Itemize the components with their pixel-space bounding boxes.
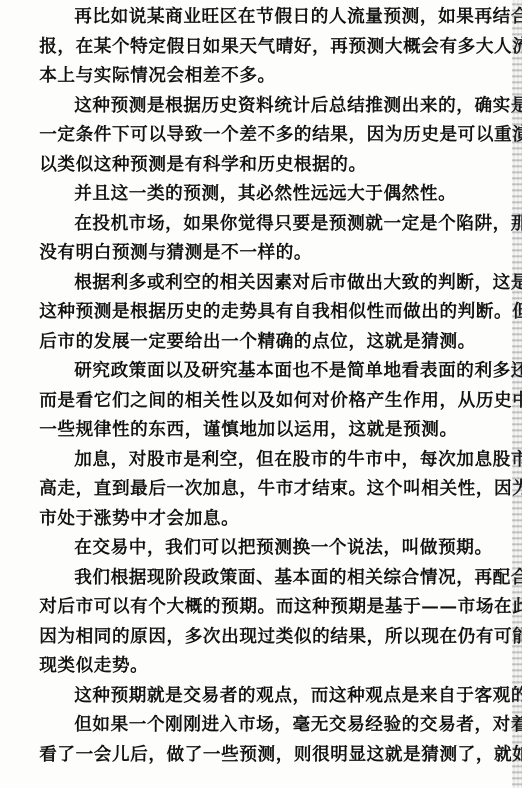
text-line: 而是看它们之间的相关性以及如何对价格产生作用，从历史中总结出 [4,386,512,416]
text-line: 本上与实际情况会相差不多。 [4,61,512,91]
text-line: 我们根据现阶段政策面、基本面的相关综合情况，再配合技术形态， [4,563,512,593]
text-line: 一些规律性的东西，谨慎地加以运用，这就是预测。 [4,415,512,445]
text-line: 但如果一个刚刚进入市场，毫无交易经验的交易者，对着行情图 [4,710,512,740]
text-line: 没有明白预测与猜测是不一样的。 [4,238,512,268]
scan-edge-noise [512,0,522,788]
paragraph-1: 再比如说某商业旺区在节假日的人流量预测，如果再结合天气预 报，在某个特定假日如果… [4,2,512,91]
text-line: 加息，对股市是利空，但在股市的牛市中，每次加息股市都低开 [4,445,512,475]
text-line: 一定条件下可以导致一个差不多的结果，因为历史是可以重演的。所 [4,120,512,150]
paragraph-5: 根据利多或利空的相关因素对后市做出大致的判断，这是预测。 这种预测是根据历史的走… [4,268,512,357]
text-line: 高走，直到最后一次加息，牛市才结束。这个叫相关性，因为只有股 [4,474,512,504]
text-line: 因为相同的原因，多次出现过类似的结果，所以现在仍有可能再次出 [4,622,512,652]
text-line: 看了一会儿后，做了一些预测，则很明显这就是猜测了，就如一个不 [4,740,512,770]
text-line: 报，在某个特定假日如果天气晴好，再预测大概会有多大人流量，基 [4,32,512,62]
page-text-body: 再比如说某商业旺区在节假日的人流量预测，如果再结合天气预 报，在某个特定假日如果… [4,2,512,769]
text-line: 市处于涨势中才会加息。 [4,504,512,534]
paragraph-10: 这种预期就是交易者的观点，而这种观点是来自于客观的市场。 [4,681,512,711]
text-line: 对后市可以有个大概的预期。而这种预期是基于——市场在此之前曾 [4,592,512,622]
text-line: 这种预测是根据历史的走势具有自我相似性而做出的判断。但如果对 [4,297,512,327]
text-line: 以类似这种预测是有科学和历史根据的。 [4,150,512,180]
text-line: 后市的发展一定要给出一个精确的点位，这就是猜测。 [4,327,512,357]
text-line: 根据利多或利空的相关因素对后市做出大致的判断，这是预测。 [4,268,512,298]
text-line: 在交易中，我们可以把预测换一个说法，叫做预期。 [4,533,512,563]
paragraph-4: 在投机市场，如果你觉得只要是预测就一定是个陷阱，那是因为 没有明白预测与猜测是不… [4,209,512,268]
paragraph-7: 加息，对股市是利空，但在股市的牛市中，每次加息股市都低开 高走，直到最后一次加息… [4,445,512,534]
text-line: 这种预期就是交易者的观点，而这种观点是来自于客观的市场。 [4,681,512,711]
text-line: 再比如说某商业旺区在节假日的人流量预测，如果再结合天气预 [4,2,512,32]
text-line: 现类似走势。 [4,651,512,681]
paragraph-11: 但如果一个刚刚进入市场，毫无交易经验的交易者，对着行情图 看了一会儿后，做了一些… [4,710,512,769]
paragraph-2: 这种预测是根据历史资料统计后总结推测出来的，确实是因为在 一定条件下可以导致一个… [4,91,512,180]
text-line: 在投机市场，如果你觉得只要是预测就一定是个陷阱，那是因为 [4,209,512,239]
scanned-book-page: 再比如说某商业旺区在节假日的人流量预测，如果再结合天气预 报，在某个特定假日如果… [0,0,522,788]
text-line: 这种预测是根据历史资料统计后总结推测出来的，确实是因为在 [4,91,512,121]
text-line: 并且这一类的预测，其必然性远远大于偶然性。 [4,179,512,209]
paragraph-6: 研究政策面以及研究基本面也不是简单地看表面的利多还是利空， 而是看它们之间的相关… [4,356,512,445]
paragraph-8: 在交易中，我们可以把预测换一个说法，叫做预期。 [4,533,512,563]
text-line: 研究政策面以及研究基本面也不是简单地看表面的利多还是利空， [4,356,512,386]
paragraph-9: 我们根据现阶段政策面、基本面的相关综合情况，再配合技术形态， 对后市可以有个大概… [4,563,512,681]
paragraph-3: 并且这一类的预测，其必然性远远大于偶然性。 [4,179,512,209]
